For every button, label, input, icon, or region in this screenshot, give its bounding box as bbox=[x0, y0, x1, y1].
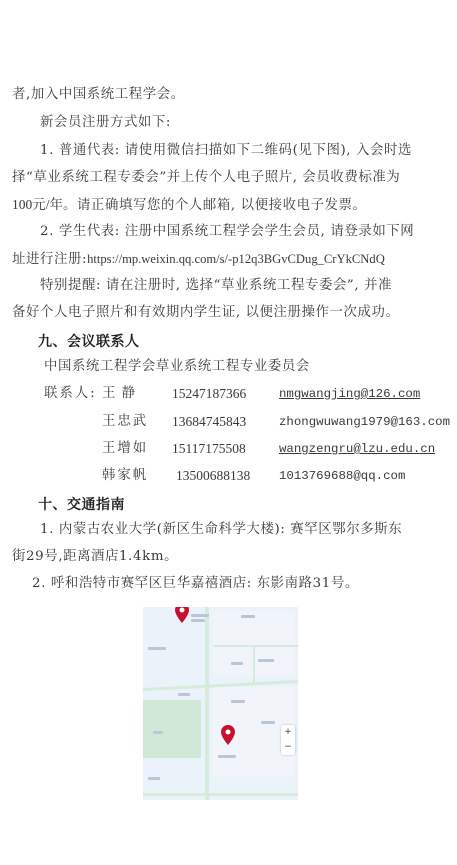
fee-amount: 100元/年 bbox=[12, 197, 63, 212]
contact-name: 韩家帆 bbox=[102, 467, 148, 485]
organizer-name: 中国系统工程学会草业系统工程专业委员会 bbox=[44, 358, 310, 376]
contact-label: 联系人: bbox=[44, 385, 97, 403]
contact-name: 王增如 bbox=[102, 440, 148, 458]
map-zoom-control: + − bbox=[281, 725, 295, 755]
section-heading-contacts: 九、会议联系人 bbox=[38, 331, 140, 351]
paragraph-reminder-line2: 备好个人电子照片和有效期内学生证, 以便注册操作一次成功。 bbox=[12, 304, 399, 322]
contact-phone: 15117175508 bbox=[172, 440, 246, 458]
map-label bbox=[241, 615, 255, 618]
map-label bbox=[231, 662, 243, 665]
zoom-in-button[interactable]: + bbox=[281, 725, 295, 740]
map-park bbox=[143, 700, 201, 758]
contact-name: 王忠武 bbox=[102, 413, 148, 431]
map-label bbox=[153, 731, 163, 734]
map-pin-icon[interactable] bbox=[175, 607, 189, 623]
fee-note: 。请正确填写您的个人邮箱, 以便接收电子发票。 bbox=[63, 198, 367, 213]
transport-item2: 2. 呼和浩特市赛罕区巨华嘉禧酒店: 东影南路31号。 bbox=[32, 575, 359, 593]
map-label bbox=[191, 619, 205, 622]
map-label bbox=[178, 693, 190, 696]
paragraph-regular-line1: 1. 普通代表: 请使用微信扫描如下二维码(见下图), 入会时选 bbox=[40, 142, 412, 160]
contact-email-link[interactable]: wangzengru@lzu.edu.cn bbox=[279, 440, 435, 458]
paragraph-registration-intro: 新会员注册方式如下: bbox=[40, 114, 171, 132]
map-road bbox=[205, 607, 209, 800]
map-label bbox=[261, 721, 275, 724]
map-pin-icon[interactable] bbox=[221, 725, 235, 745]
map-road bbox=[213, 645, 298, 647]
paragraph-membership-end: 者,加入中国系统工程学会。 bbox=[12, 86, 185, 104]
paragraph-regular-line3: 100元/年。请正确填写您的个人邮箱, 以便接收电子发票。 bbox=[12, 196, 367, 215]
section-heading-transport: 十、交通指南 bbox=[38, 494, 125, 514]
paragraph-student-line2: 址进行注册:https://mp.weixin.qq.com/s/-p12q3B… bbox=[12, 250, 385, 269]
transport-item1-line1: 1. 内蒙古农业大学(新区生命科学大楼): 赛罕区鄂尔多斯东 bbox=[40, 521, 402, 539]
paragraph-student-line1: 2. 学生代表: 注册中国系统工程学会学生会员, 请登录如下网 bbox=[40, 223, 414, 241]
map-label bbox=[258, 659, 274, 662]
contact-phone: 13684745843 bbox=[172, 413, 246, 431]
contact-email: zhongwuwang1979@163.com bbox=[279, 413, 450, 431]
location-map[interactable]: + − bbox=[143, 607, 298, 800]
contact-email: 1013769688@qq.com bbox=[279, 467, 405, 485]
map-label bbox=[218, 755, 236, 758]
contact-phone: 13500688138 bbox=[176, 467, 250, 485]
contact-email-link[interactable]: nmgwangjing@126.com bbox=[279, 385, 420, 403]
transport-item1-line2: 街29号,距离酒店1.4km。 bbox=[12, 548, 178, 566]
map-road bbox=[253, 645, 255, 685]
contact-phone: 15247187366 bbox=[172, 385, 246, 403]
map-label bbox=[231, 700, 245, 703]
map-label bbox=[148, 647, 166, 650]
paragraph-reminder-line1: 特别提醒: 请在注册时, 选择“草业系统工程专委会”, 并准 bbox=[40, 277, 392, 295]
map-label bbox=[148, 777, 160, 780]
map-road bbox=[143, 793, 298, 796]
map-label bbox=[191, 614, 209, 617]
paragraph-regular-line2: 择“草业系统工程专委会”并上传个人电子照片, 会员收费标准为 bbox=[12, 169, 400, 187]
register-prefix: 址进行注册: bbox=[12, 252, 87, 267]
registration-url[interactable]: https://mp.weixin.qq.com/s/-p12q3BGvCDug… bbox=[87, 252, 385, 266]
zoom-out-button[interactable]: − bbox=[281, 740, 295, 755]
contact-name: 王 静 bbox=[102, 385, 136, 403]
